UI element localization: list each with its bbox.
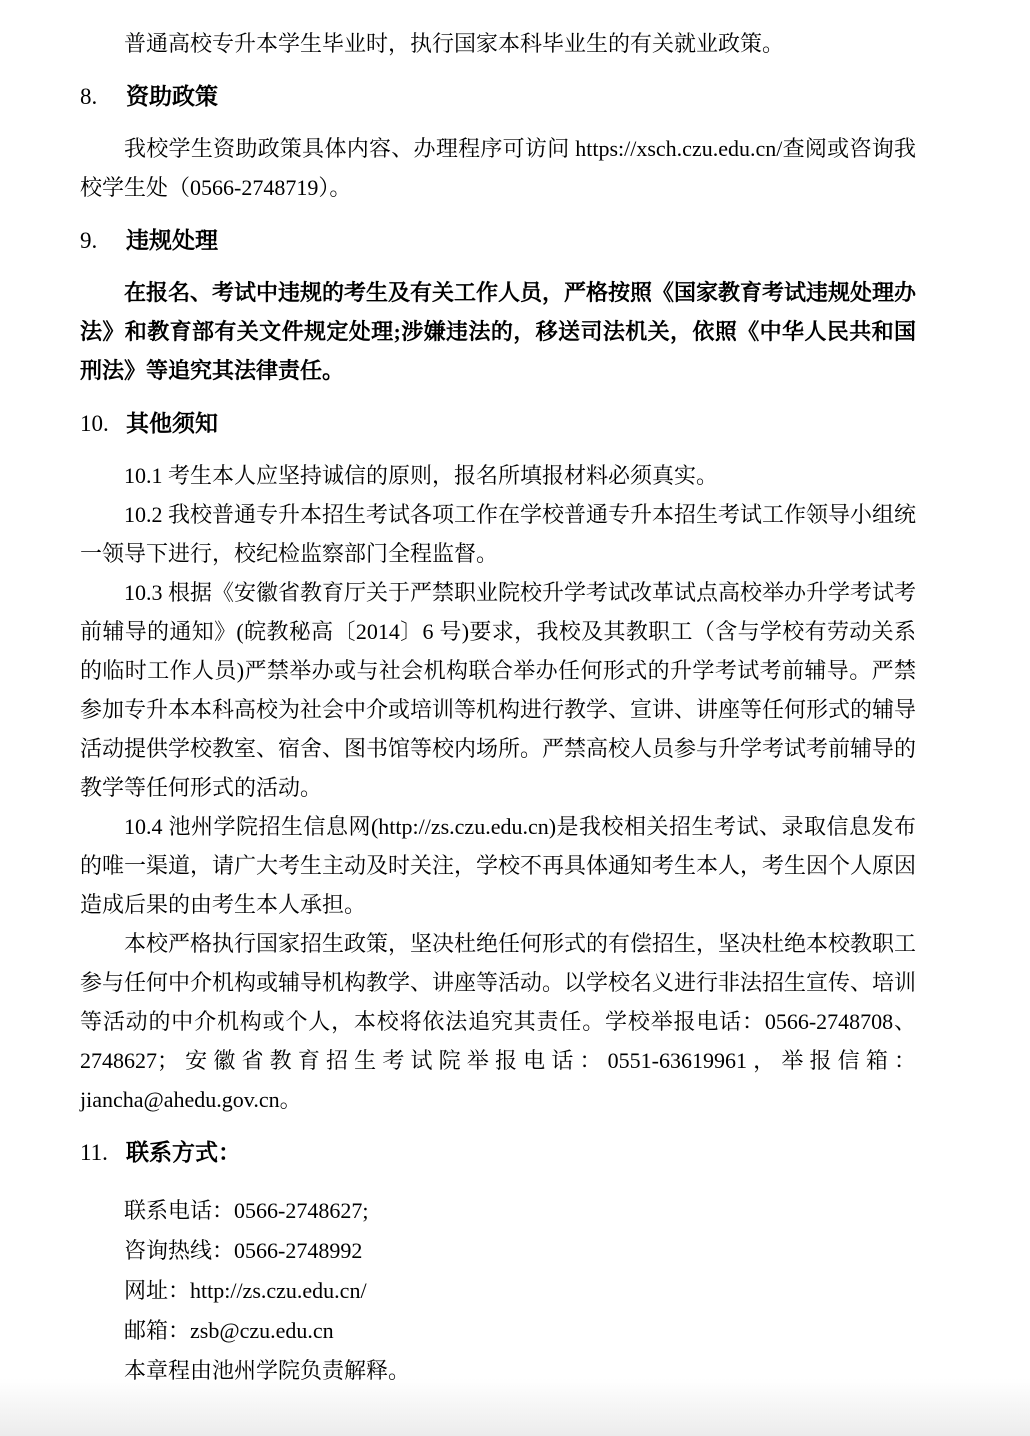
section-10-paragraph-1: 10.1 考生本人应坚持诚信的原则，报名所填报材料必须真实。 <box>80 456 916 495</box>
contact-info-block: 联系电话：0566-2748627; 咨询热线：0566-2748992 网址：… <box>80 1191 916 1391</box>
section-11-title: 联系方式： <box>126 1140 241 1165</box>
section-10-number: 10. <box>80 404 114 444</box>
section-10-paragraph-3: 10.3 根据《安徽省教育厅关于严禁职业院校升学考试改革试点高校举办升学考试考前… <box>80 573 916 807</box>
section-10-title: 其他须知 <box>126 411 218 436</box>
section-8-heading: 8.资助政策 <box>80 77 916 117</box>
section-10-paragraph-2: 10.2 我校普通专升本招生考试各项工作在学校普通专升本招生考试工作领导小组统一… <box>80 495 916 573</box>
section-11-number: 11. <box>80 1133 114 1173</box>
contact-website-line: 网址：http://zs.czu.edu.cn/ <box>80 1271 916 1311</box>
contact-email-line: 邮箱：zsb@czu.edu.cn <box>80 1311 916 1351</box>
section-8-number: 8. <box>80 77 114 117</box>
section-10-heading: 10.其他须知 <box>80 404 916 444</box>
section-11-heading: 11.联系方式： <box>80 1133 916 1173</box>
section-9-title: 违规处理 <box>126 228 218 253</box>
section-9-number: 9. <box>80 221 114 261</box>
section-10-paragraph-5: 本校严格执行国家招生政策，坚决杜绝任何形式的有偿招生，坚决杜绝本校教职工参与任何… <box>80 924 916 1119</box>
contact-phone-line: 联系电话：0566-2748627; <box>80 1191 916 1231</box>
section-8-paragraph: 我校学生资助政策具体内容、办理程序可访问 https://xsch.czu.ed… <box>80 129 916 207</box>
section-10-paragraph-4: 10.4 池州学院招生信息网(http://zs.czu.edu.cn)是我校相… <box>80 807 916 924</box>
contact-hotline-line: 咨询热线：0566-2748992 <box>80 1231 916 1271</box>
section-9-heading: 9.违规处理 <box>80 221 916 261</box>
intro-paragraph: 普通高校专升本学生毕业时，执行国家本科毕业生的有关就业政策。 <box>80 24 916 63</box>
section-9-paragraph: 在报名、考试中违规的考生及有关工作人员，严格按照《国家教育考试违规处理办法》和教… <box>80 273 916 390</box>
document-page: 普通高校专升本学生毕业时，执行国家本科毕业生的有关就业政策。 8.资助政策 我校… <box>0 0 1030 1436</box>
section-8-title: 资助政策 <box>126 84 218 109</box>
interpretation-note-line: 本章程由池州学院负责解释。 <box>80 1351 916 1391</box>
